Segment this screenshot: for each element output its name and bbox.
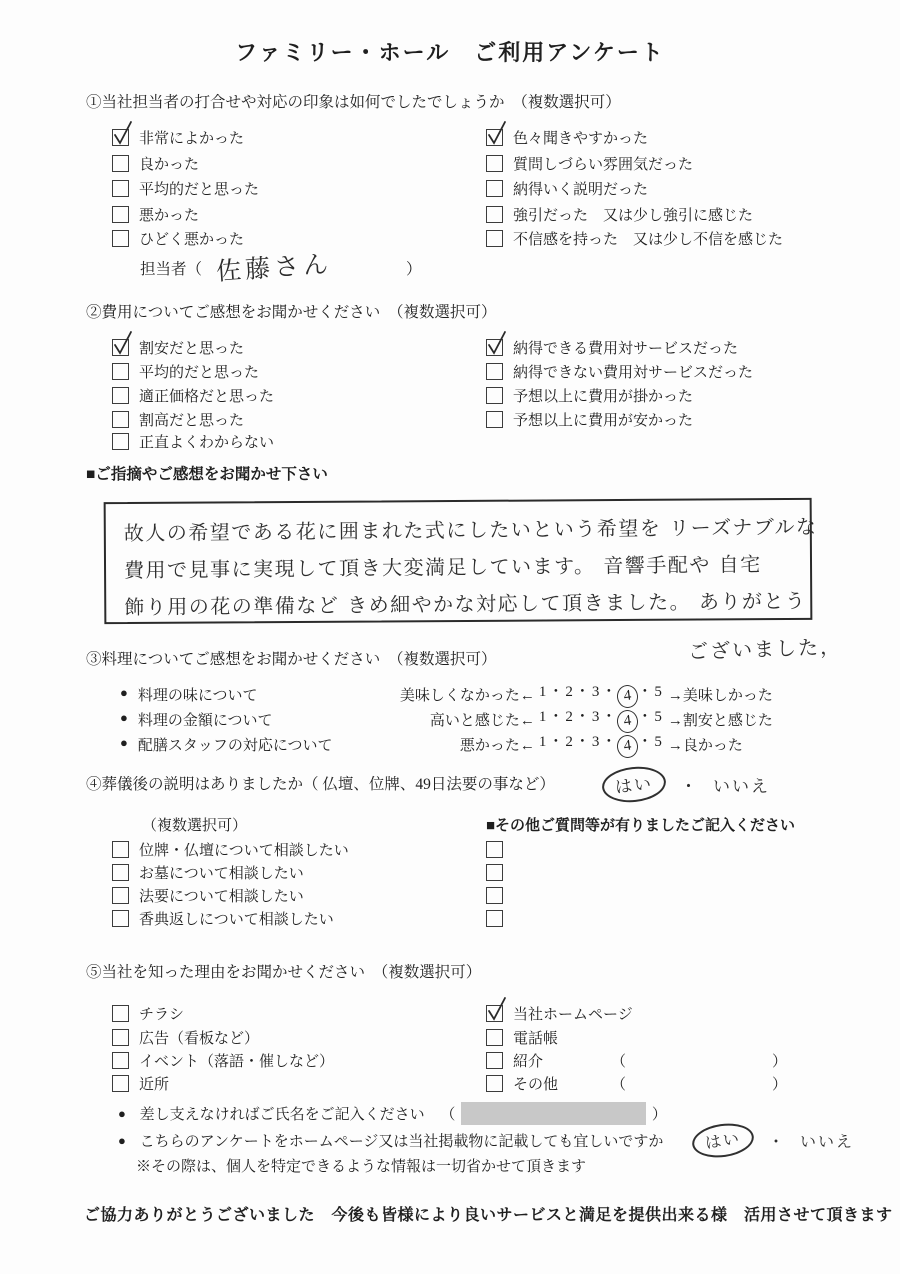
option-label: 紹介 [513, 1050, 575, 1071]
q4-left-row-3: 香典返しについて相談したい [112, 909, 334, 927]
checkbox[interactable] [486, 339, 503, 356]
q3-topic: 配膳スタッフの対応について [138, 734, 383, 755]
bullet-icon: ● [118, 1106, 126, 1121]
checkbox[interactable] [486, 887, 503, 904]
checkbox[interactable] [112, 864, 129, 881]
checkbox[interactable] [486, 387, 503, 404]
option-label: 強引だった 又は少し強引に感じた [513, 204, 753, 225]
scale-low-label: 美味しくなかった← [383, 684, 535, 705]
checkbox[interactable] [486, 841, 503, 858]
option-label: 質問しづらい雰囲気だった [513, 153, 693, 174]
checkbox[interactable] [112, 1005, 129, 1022]
feedback-overflow-line: ございました， [688, 630, 843, 664]
option-label: 良かった [139, 153, 199, 174]
option-label: 法要について相談したい [139, 885, 304, 906]
option-label: 電話帳 [513, 1027, 558, 1048]
checkbox[interactable] [112, 411, 129, 428]
checkbox[interactable] [486, 1075, 503, 1092]
q4-left-row-2: 法要について相談したい [112, 886, 304, 904]
scale-low-label: 高いと感じた← [383, 709, 535, 730]
checkbox[interactable] [112, 206, 129, 223]
bullet-icon: ● [118, 1133, 126, 1148]
q4-other-row-2 [486, 886, 503, 904]
feedback-box: 故人の希望である花に囲まれた式にしたいという希望を リーズナブルな 費用で見事に… [104, 498, 813, 624]
q1-left-row-0: 非常によかった [112, 128, 244, 146]
checkbox[interactable] [486, 206, 503, 223]
checkbox[interactable] [112, 1029, 129, 1046]
q1-heading: ①当社担当者の打合せや対応の印象は如何でしたでしょうか （複数選択可） [86, 90, 621, 112]
q2-left-row-2: 適正価格だと思った [112, 386, 274, 404]
checkbox[interactable] [486, 363, 503, 380]
option-label: 適正価格だと思った [139, 385, 274, 406]
paren-open: （ [611, 1050, 626, 1071]
checkbox[interactable] [112, 433, 129, 450]
page-title: ファミリー・ホール ご利用アンケート [0, 36, 900, 67]
checkbox[interactable] [486, 180, 503, 197]
option-label: 納得できない費用対サービスだった [513, 361, 753, 382]
q2-right-row-0: 納得できる費用対サービスだった [486, 338, 738, 356]
q2-left-row-1: 平均的だと思った [112, 362, 259, 380]
q1-right-row-0: 色々聞きやすかった [486, 128, 648, 146]
checkbox[interactable] [112, 180, 129, 197]
option-label: 納得いく説明だった [513, 178, 648, 199]
q1-right-row-4: 不信感を持った 又は少し不信を感じた [486, 229, 783, 247]
option-label: 当社ホームページ [513, 1003, 633, 1024]
q4-other-row-0 [486, 840, 503, 858]
option-label: 納得できる費用対サービスだった [513, 337, 738, 358]
bullet-icon: ● [120, 735, 128, 751]
q5-right-row-1: 電話帳 [486, 1028, 558, 1046]
publish-request-line: ● こちらのアンケートをホームページ又は当社掲載物に記載しても宜しいですか [118, 1130, 663, 1151]
option-label: 広告（看板など） [139, 1027, 259, 1048]
no-option[interactable]: いいえ [800, 1129, 854, 1152]
check-icon [485, 329, 509, 357]
staff-label: 担当者 [140, 257, 187, 279]
yes-circle[interactable]: はい [690, 1120, 756, 1161]
q4-heading: ④葬儀後の説明はありましたか（ 仏壇、位牌、49日法要の事など） [86, 772, 555, 794]
publish-request-text: こちらのアンケートをホームページ又は当社掲載物に記載しても宜しいですか [140, 1134, 664, 1150]
option-label: 色々聞きやすかった [513, 127, 648, 148]
option-label: 非常によかった [139, 127, 244, 148]
checkbox[interactable] [112, 887, 129, 904]
dot-separator: ・ [680, 772, 699, 797]
q4-yes-no: はい ・ いいえ [602, 767, 770, 802]
option-label: 正直よくわからない [139, 431, 274, 452]
footer-thanks: ご協力ありがとうございました 今後も皆様により良いサービスと満足を提供出来る様 … [84, 1202, 893, 1225]
q2-heading: ②費用についてご感想をお聞かせください （複数選択可） [86, 300, 496, 322]
q5-heading: ⑤当社を知った理由をお聞かせください （複数選択可） [86, 960, 481, 982]
q5-left-row-1: 広告（看板など） [112, 1028, 259, 1046]
option-label: チラシ [139, 1003, 184, 1024]
paren-close: ） [406, 257, 422, 279]
q4-multi-note: （複数選択可） [142, 814, 247, 835]
q2-right-row-1: 納得できない費用対サービスだった [486, 362, 753, 380]
checkbox[interactable] [112, 230, 129, 247]
checkbox[interactable] [112, 363, 129, 380]
paren-open: （ [611, 1073, 626, 1094]
q3-topic: 料理の味について [138, 684, 383, 705]
q2-left-row-0: 割安だと思った [112, 338, 244, 356]
q2-left-row-4: 正直よくわからない [112, 432, 274, 450]
paren-close: ） [772, 1050, 787, 1071]
q3-heading: ③料理についてご感想をお聞かせください （複数選択可） [86, 647, 496, 669]
scale-high-label: →美味しかった [668, 684, 773, 705]
checkbox[interactable] [486, 411, 503, 428]
q2-left-row-3: 割高だと思った [112, 410, 244, 428]
rating-scale[interactable]: 1・2・3・4・5 [539, 705, 664, 733]
privacy-note: ※その際は、個人を特定できるような情報は一切省かせて頂きます [136, 1155, 586, 1176]
feedback-line: 故人の希望である花に囲まれた式にしたいという希望を リーズナブルな [124, 509, 792, 552]
q2-right-row-3: 予想以上に費用が安かった [486, 410, 693, 428]
checkbox[interactable] [112, 910, 129, 927]
option-label: 予想以上に費用が掛かった [513, 385, 693, 406]
paren-open: （ [187, 257, 203, 279]
bullet-icon: ● [120, 710, 128, 726]
option-label: 近所 [139, 1073, 169, 1094]
option-label: イベント（落語・催しなど） [139, 1050, 334, 1071]
name-request-text: 差し支えなければご氏名をご記入ください [140, 1107, 425, 1123]
name-request-line: ● 差し支えなければご氏名をご記入ください （ ） [118, 1102, 667, 1125]
q3-row-1: ● 料理の金額について 高いと感じた← 1・2・3・4・5 →割安と感じた [120, 705, 773, 733]
staff-name-handwritten: 佐藤さん [215, 244, 333, 288]
checkbox[interactable] [112, 339, 129, 356]
checkbox[interactable] [486, 1005, 503, 1022]
checkbox[interactable] [112, 129, 129, 146]
option-label: 平均的だと思った [139, 361, 259, 382]
checkbox[interactable] [486, 864, 503, 881]
bullet-icon: ● [120, 685, 128, 701]
q5-right-row-2: 紹介 （ ） [486, 1051, 787, 1069]
option-label: 悪かった [139, 204, 199, 225]
checkbox[interactable] [486, 155, 503, 172]
option-label: その他 [513, 1073, 575, 1094]
checkbox[interactable] [112, 1052, 129, 1069]
dot-separator: ・ [768, 1129, 786, 1152]
checkbox[interactable] [112, 1075, 129, 1092]
option-label: 割安だと思った [139, 337, 244, 358]
feedback-line: 飾り用の花の準備など きめ細やかな対応して頂きました。 ありがとう [124, 583, 792, 626]
scale-high-label: →良かった [668, 734, 743, 755]
option-label: 不信感を持った 又は少し不信を感じた [513, 228, 783, 249]
q5-left-row-2: イベント（落語・催しなど） [112, 1051, 334, 1069]
option-label: 香典返しについて相談したい [139, 908, 334, 929]
option-label: お墓について相談したい [139, 862, 304, 883]
paren-open: （ [440, 1107, 455, 1123]
paren-close: ） [652, 1107, 667, 1123]
q1-left-row-3: 悪かった [112, 205, 199, 223]
check-icon [485, 995, 509, 1023]
no-option[interactable]: いいえ [713, 772, 770, 797]
checkbox[interactable] [112, 841, 129, 858]
yes-circle[interactable]: はい [600, 764, 667, 805]
checkbox[interactable] [486, 1029, 503, 1046]
q5-right-row-0: 当社ホームページ [486, 1004, 633, 1022]
q1-left-row-4: ひどく悪かった [112, 229, 244, 247]
q2-right-row-2: 予想以上に費用が掛かった [486, 386, 693, 404]
option-label: ひどく悪かった [139, 228, 244, 249]
publish-yes-no: はい ・ いいえ [692, 1124, 854, 1157]
q1-right-row-2: 納得いく説明だった [486, 179, 648, 197]
checkbox[interactable] [112, 155, 129, 172]
rating-scale[interactable]: 1・2・3・4・5 [539, 680, 664, 708]
redacted-name-box [461, 1102, 646, 1125]
q3-topic: 料理の金額について [138, 709, 383, 730]
check-icon [111, 329, 135, 357]
scale-low-label: 悪かった← [383, 734, 535, 755]
checkbox[interactable] [486, 230, 503, 247]
q4-left-row-1: お墓について相談したい [112, 863, 304, 881]
q1-left-row-2: 平均的だと思った [112, 179, 259, 197]
q1-right-row-3: 強引だった 又は少し強引に感じた [486, 205, 753, 223]
q5-left-row-0: チラシ [112, 1004, 184, 1022]
yes-option: はい [704, 1129, 742, 1153]
q4-other-row-1 [486, 863, 503, 881]
yes-option: はい [614, 774, 654, 798]
q3-row-2: ● 配膳スタッフの対応について 悪かった← 1・2・3・4・5 →良かった [120, 730, 743, 758]
checkbox[interactable] [486, 910, 503, 927]
check-icon [111, 119, 135, 147]
option-label: 平均的だと思った [139, 178, 259, 199]
q3-row-0: ● 料理の味について 美味しくなかった← 1・2・3・4・5 →美味しかった [120, 680, 773, 708]
feedback-line: 費用で見事に実現して頂き大変満足しています。 音響手配や 自宅 [124, 546, 792, 589]
q4-other-row-3 [486, 909, 503, 927]
q5-right-row-3: その他 （ ） [486, 1074, 787, 1092]
option-label: 割高だと思った [139, 409, 244, 430]
checkbox[interactable] [486, 129, 503, 146]
option-label: 予想以上に費用が安かった [513, 409, 693, 430]
q4-left-row-0: 位牌・仏壇について相談したい [112, 840, 349, 858]
scale-high-label: →割安と感じた [668, 709, 773, 730]
q1-right-row-1: 質問しづらい雰囲気だった [486, 154, 693, 172]
check-icon [485, 119, 509, 147]
paren-close: ） [772, 1073, 787, 1094]
option-label: 位牌・仏壇について相談したい [139, 839, 349, 860]
survey-page: ファミリー・ホール ご利用アンケート ①当社担当者の打合せや対応の印象は如何でし… [0, 0, 900, 1274]
rating-scale[interactable]: 1・2・3・4・5 [539, 730, 664, 758]
feedback-heading: ■ご指摘やご感想をお聞かせ下さい [86, 462, 328, 484]
checkbox[interactable] [112, 387, 129, 404]
q4-other-heading: ■その他ご質問等が有りましたご記入ください [486, 814, 795, 835]
staff-line: 担当者 （ 佐藤さん ） [140, 250, 422, 286]
checkbox[interactable] [486, 1052, 503, 1069]
q1-left-row-1: 良かった [112, 154, 199, 172]
q5-left-row-3: 近所 [112, 1074, 169, 1092]
